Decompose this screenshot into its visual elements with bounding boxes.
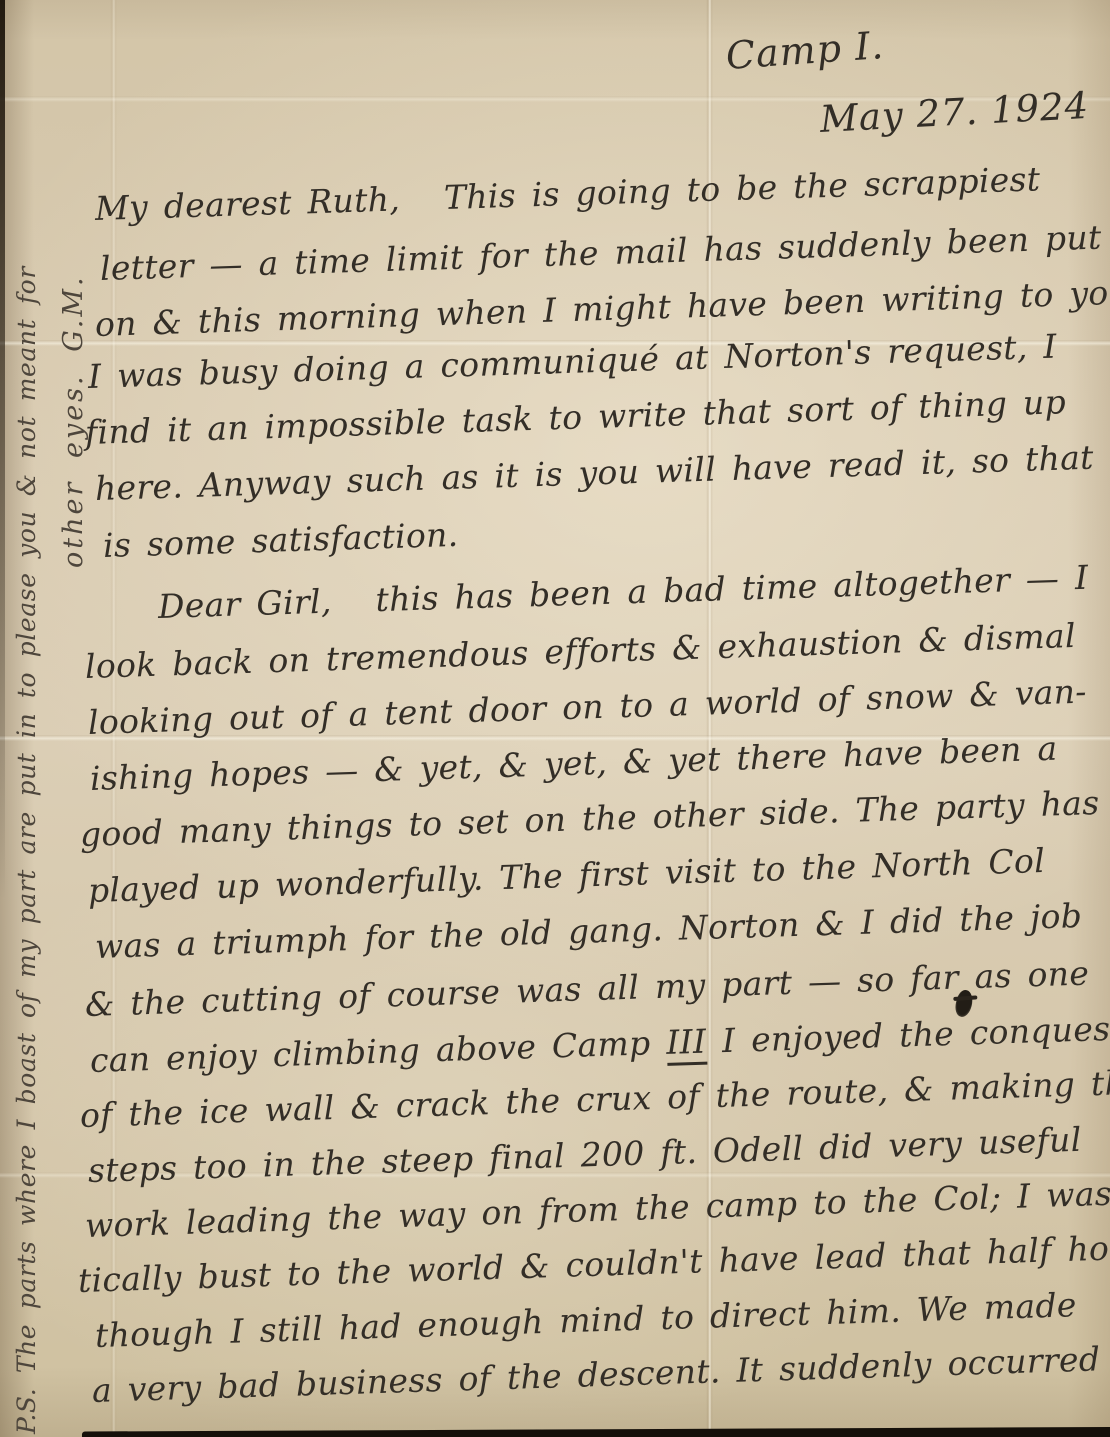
letter-line: played up wonderfully. The first visit t… xyxy=(87,842,1045,910)
paragraph-salutation: Dear Girl, xyxy=(157,582,332,626)
letter-line: here. Anyway such as it is you will have… xyxy=(94,439,1094,508)
margin-postscript-line1: P.S. The parts where I boast of my part … xyxy=(12,194,41,1434)
letter-line-text: I enjoyed the conquest xyxy=(706,1009,1110,1061)
letter-line: was a triumph for the old gang. Norton &… xyxy=(94,897,1082,966)
letter-line: is some satisfaction. xyxy=(102,516,459,565)
letter-line: ishing hopes — & yet, & yet, & yet there… xyxy=(89,730,1058,798)
letter-line: Dear Girl,this has been a bad time altog… xyxy=(157,559,1088,626)
letter-heading-camp: Camp I. xyxy=(724,23,885,78)
letter-line-text: This is going to be the scrappiest xyxy=(443,159,1040,217)
underlined-camp-numeral: III xyxy=(666,1022,707,1066)
scan-edge-bottom xyxy=(82,1427,1110,1437)
letter-line: look back on tremendous efforts & exhaus… xyxy=(84,617,1076,686)
scan-edge-left xyxy=(0,0,5,900)
letter-line: My dearest Ruth,This is going to be the … xyxy=(94,160,1040,228)
word-gap xyxy=(400,209,444,210)
letter-heading-date: May 27. 1924 xyxy=(819,84,1090,141)
word-gap xyxy=(332,611,376,612)
letter-scan-page: Camp I. May 27. 1924 My dearest Ruth,Thi… xyxy=(0,0,1110,1437)
margin-postscript-signature: other eyes. G.M. xyxy=(58,148,89,568)
letter-line-text: can enjoy climbing above Camp xyxy=(89,1023,666,1080)
letter-line: find it an impossible task to write that… xyxy=(84,383,1066,452)
letter-line-text: this has been a bad time altogether — I xyxy=(375,558,1089,619)
salutation: My dearest Ruth, xyxy=(94,179,400,228)
